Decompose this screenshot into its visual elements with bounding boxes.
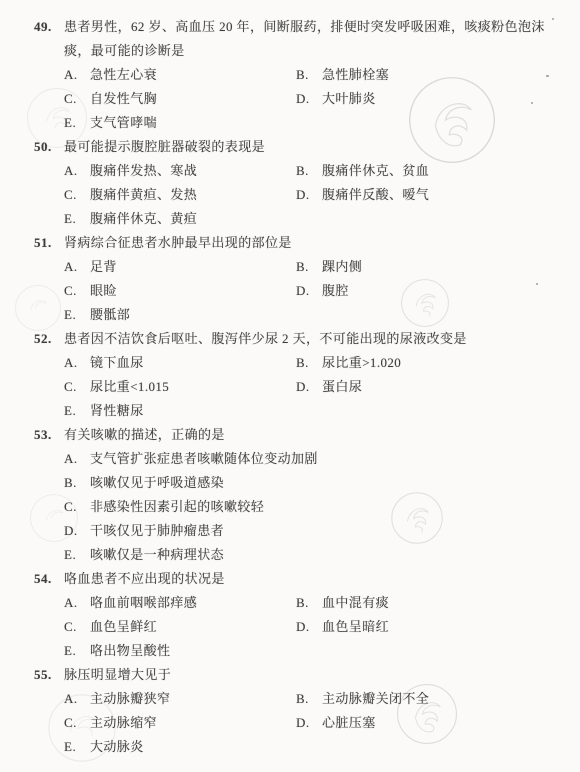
option-label: D. [296,279,322,303]
option-item: C.非感染性因素引起的咳嗽较轻 [64,495,558,519]
question-stem: 咯血患者不应出现的状况是 [64,567,558,591]
option-item: C.尿比重<1.015 [64,375,296,399]
option-text: 急性左心衰 [90,63,157,87]
question-stem: 患者男性，62 岁、高血压 20 年，间断服药，排便时突发呼吸困难，咳痰粉色泡沫… [64,15,558,63]
option-item: E.肾性糖尿 [64,399,296,423]
option-label: E. [64,111,90,135]
option-item: E.腰骶部 [64,303,296,327]
question-number: 49. [34,15,64,39]
option-label: C. [64,495,90,519]
option-label: B. [296,591,322,615]
option-text: 心脏压塞 [322,711,376,735]
option-item: E.腹痛伴休克、黄疸 [64,207,296,231]
option-item: D.蛋白尿 [296,375,558,399]
option-text: 镜下血尿 [90,351,144,375]
option-item: D.大叶肺炎 [296,87,558,111]
option-label: E. [64,543,90,567]
question-item-49: 49. 患者男性，62 岁、高血压 20 年，间断服药，排便时突发呼吸困难，咳痰… [34,15,558,135]
option-item: A.急性左心衰 [64,63,296,87]
question-stem: 脉压明显增大见于 [64,663,558,687]
option-label: E. [64,399,90,423]
option-item: D.腹腔 [296,279,558,303]
option-text: 支气管哮喘 [90,111,157,135]
option-text: 干咳仅见于肺肿瘤患者 [90,519,224,543]
option-item: C.血色呈鲜红 [64,615,296,639]
option-item: E.大动脉炎 [64,735,296,759]
option-item: B.急性肺栓塞 [296,63,558,87]
option-label: C. [64,279,90,303]
option-item: A.镜下血尿 [64,351,296,375]
option-item: B.血中混有痰 [296,591,558,615]
option-label: B. [296,255,322,279]
question-stem: 患者因不洁饮食后呕吐、腹泻伴少尿 2 天，不可能出现的尿液改变是 [64,327,558,351]
option-text: 腹痛伴反酸、嗳气 [322,183,429,207]
option-item: B.踝内侧 [296,255,558,279]
option-text: 咯出物呈酸性 [90,639,170,663]
option-text: 肾性糖尿 [90,399,144,423]
option-text: 大叶肺炎 [322,87,376,111]
option-item: A.支气管扩张症患者咳嗽随体位变动加剧 [64,447,558,471]
option-item: C.腹痛伴黄疸、发热 [64,183,296,207]
option-item: D.血色呈暗红 [296,615,558,639]
option-text: 腹痛伴休克、黄疸 [90,207,197,231]
option-item: A.腹痛伴发热、寒战 [64,159,296,183]
option-label: A. [64,591,90,615]
option-label: E. [64,639,90,663]
option-item: C.眼睑 [64,279,296,303]
option-text: 主动脉瓣狭窄 [90,687,170,711]
question-number: 54. [34,567,64,591]
question-item-55: 55. 脉压明显增大见于 A.主动脉瓣狭窄 B.主动脉瓣关闭不全 C.主动脉缩窄… [34,663,558,759]
option-label: E. [64,735,90,759]
option-text: 血色呈暗红 [322,615,389,639]
option-label: E. [64,303,90,327]
option-label: A. [64,687,90,711]
option-text: 大动脉炎 [90,735,144,759]
option-text: 蛋白尿 [322,375,362,399]
option-item: C.主动脉缩窄 [64,711,296,735]
option-text: 腹痛伴黄疸、发热 [90,183,197,207]
option-text: 血中混有痰 [322,591,389,615]
option-text: 尿比重>1.020 [322,351,401,375]
question-number: 53. [34,423,64,447]
option-text: 眼睑 [90,279,117,303]
option-text: 腹腔 [322,279,349,303]
question-number: 50. [34,135,64,159]
option-label: D. [296,87,322,111]
option-text: 自发性气胸 [90,87,157,111]
question-number: 51. [34,231,64,255]
option-label: C. [64,87,90,111]
option-label: C. [64,375,90,399]
option-text: 支气管扩张症患者咳嗽随体位变动加剧 [90,447,318,471]
option-text: 非感染性因素引起的咳嗽较轻 [90,495,264,519]
option-text: 腰骶部 [90,303,130,327]
option-item: D.腹痛伴反酸、嗳气 [296,183,558,207]
option-item: D.干咳仅见于肺肿瘤患者 [64,519,558,543]
option-item: A.咯血前咽喉部痒感 [64,591,296,615]
option-text: 主动脉瓣关闭不全 [322,687,429,711]
option-label: C. [64,711,90,735]
option-label: D. [296,711,322,735]
option-text: 踝内侧 [322,255,362,279]
option-item: E.支气管哮喘 [64,111,296,135]
question-item-50: 50. 最可能提示腹腔脏器破裂的表现是 A.腹痛伴发热、寒战 B.腹痛伴休克、贫… [34,135,558,231]
option-label: D. [64,519,90,543]
question-stem: 肾病综合征患者水肿最早出现的部位是 [64,231,558,255]
option-label: B. [296,351,322,375]
questions-list: 49. 患者男性，62 岁、高血压 20 年，间断服药，排便时突发呼吸困难，咳痰… [0,0,580,759]
option-label: B. [296,63,322,87]
option-label: B. [296,687,322,711]
option-text: 急性肺栓塞 [322,63,389,87]
scanned-exam-page: 49. 患者男性，62 岁、高血压 20 年，间断服药，排便时突发呼吸困难，咳痰… [0,0,580,772]
question-item-54: 54. 咯血患者不应出现的状况是 A.咯血前咽喉部痒感 B.血中混有痰 C.血色… [34,567,558,663]
option-text: 咳嗽仅见于呼吸道感染 [90,471,224,495]
option-text: 咳嗽仅是一种病理状态 [90,543,224,567]
option-label: D. [296,183,322,207]
option-label: A. [64,63,90,87]
option-label: E. [64,207,90,231]
option-text: 腹痛伴休克、贫血 [322,159,429,183]
question-number: 55. [34,663,64,687]
option-item: E.咳嗽仅是一种病理状态 [64,543,558,567]
option-label: C. [64,183,90,207]
option-text: 腹痛伴发热、寒战 [90,159,197,183]
option-label: C. [64,615,90,639]
question-item-53: 53. 有关咳嗽的描述，正确的是 A.支气管扩张症患者咳嗽随体位变动加剧 B.咳… [34,423,558,567]
question-stem: 有关咳嗽的描述，正确的是 [64,423,558,447]
option-label: B. [296,159,322,183]
option-label: A. [64,351,90,375]
option-label: D. [296,375,322,399]
option-item: C.自发性气胸 [64,87,296,111]
option-text: 尿比重<1.015 [90,375,169,399]
option-item: B.咳嗽仅见于呼吸道感染 [64,471,558,495]
option-item: A.足背 [64,255,296,279]
question-item-52: 52. 患者因不洁饮食后呕吐、腹泻伴少尿 2 天，不可能出现的尿液改变是 A.镜… [34,327,558,423]
question-number: 52. [34,327,64,351]
option-label: A. [64,447,90,471]
option-text: 咯血前咽喉部痒感 [90,591,197,615]
option-text: 主动脉缩窄 [90,711,157,735]
option-text: 足背 [90,255,117,279]
option-label: A. [64,255,90,279]
option-item: D.心脏压塞 [296,711,558,735]
question-stem: 最可能提示腹腔脏器破裂的表现是 [64,135,558,159]
option-text: 血色呈鲜红 [90,615,157,639]
option-item: B.尿比重>1.020 [296,351,558,375]
option-item: A.主动脉瓣狭窄 [64,687,296,711]
option-label: D. [296,615,322,639]
option-label: A. [64,159,90,183]
question-item-51: 51. 肾病综合征患者水肿最早出现的部位是 A.足背 B.踝内侧 C.眼睑 D.… [34,231,558,327]
option-item: B.腹痛伴休克、贫血 [296,159,558,183]
option-item: E.咯出物呈酸性 [64,639,296,663]
option-item: B.主动脉瓣关闭不全 [296,687,558,711]
option-label: B. [64,471,90,495]
